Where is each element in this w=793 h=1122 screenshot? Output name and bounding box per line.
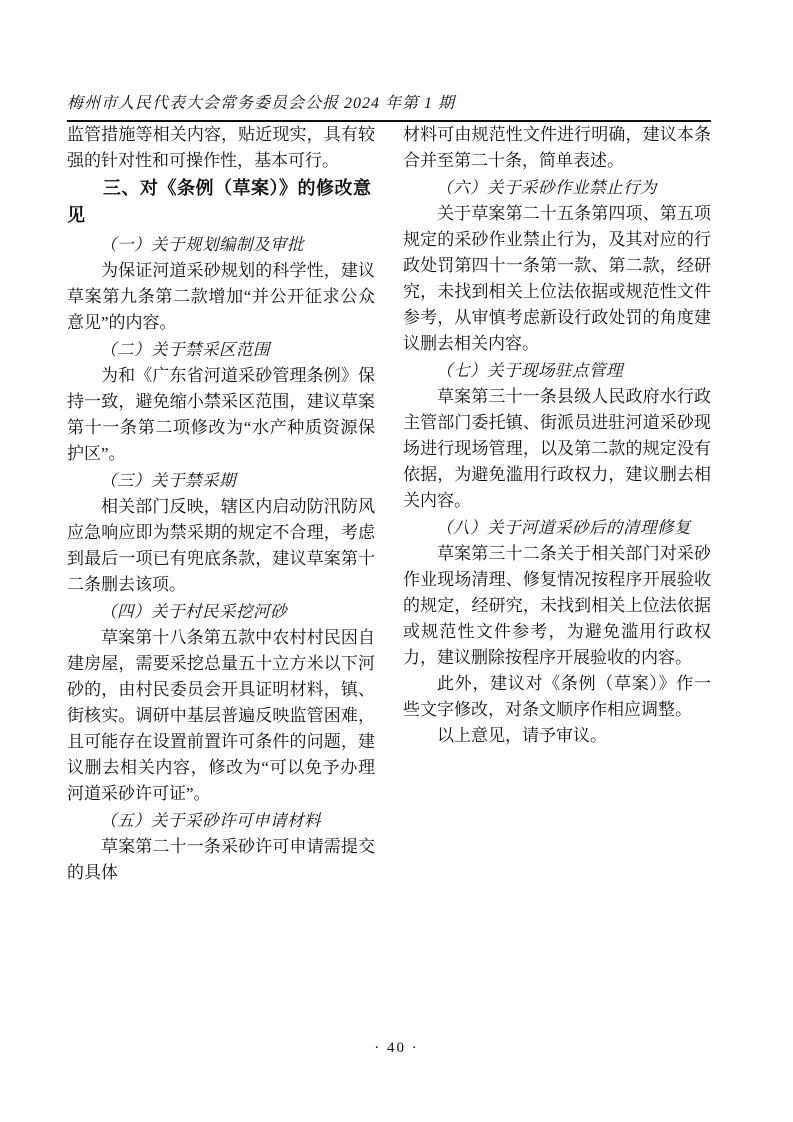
paragraph: 为和《广东省河道采砂管理条例》保持一致，避免缩小禁采区范围，建议草案第十一条第二… bbox=[67, 363, 375, 467]
subsection-heading: （四）关于村民采挖河砂 bbox=[67, 598, 375, 625]
paragraph: 此外，建议对《条例（草案）》作一些文字修改，对条文顺序作相应调整。 bbox=[403, 671, 711, 723]
subsection-heading: （七）关于现场驻点管理 bbox=[403, 357, 711, 384]
running-header: 梅州市人民代表大会常务委员会公报 2024 年第 1 期 bbox=[67, 90, 711, 122]
paragraph: 监管措施等相关内容，贴近现实，具有较强的针对性和可操作性，基本可行。 bbox=[67, 122, 375, 174]
subsection-heading: （二）关于禁采区范围 bbox=[67, 336, 375, 363]
page-number: · 40 · bbox=[0, 1040, 793, 1057]
column-left: 监管措施等相关内容，贴近现实，具有较强的针对性和可操作性，基本可行。三、对《条例… bbox=[67, 122, 375, 886]
paragraph: 草案第二十一条采砂许可申请需提交的具体 bbox=[67, 834, 375, 886]
paragraph: 相关部门反映，辖区内启动防汛防风应急响应即为禁采期的规定不合理，考虑到最后一项已… bbox=[67, 494, 375, 598]
subsection-heading: （五）关于采砂许可申请材料 bbox=[67, 807, 375, 834]
paragraph: 关于草案第二十五条第四项、第五项规定的采砂作业禁止行为，及其对应的行政处罚第四十… bbox=[403, 201, 711, 357]
subsection-heading: （一）关于规划编制及审批 bbox=[67, 231, 375, 258]
paragraph: 草案第三十一条县级人民政府水行政主管部门委托镇、街派员进驻河道采砂现场进行现场管… bbox=[403, 384, 711, 514]
subsection-heading: （三）关于禁采期 bbox=[67, 467, 375, 494]
subsection-heading: （八）关于河道采砂后的清理修复 bbox=[403, 514, 711, 541]
section-heading: 三、对《条例（草案）》的修改意见 bbox=[67, 175, 375, 229]
paragraph: 材料可由规范性文件进行明确，建议本条合并至第二十条，简单表述。 bbox=[403, 122, 711, 174]
paragraph: 草案第十八条第五款中农村村民因自建房屋，需要采挖总量五十立方米以下河砂的，由村民… bbox=[67, 625, 375, 807]
page-content: 监管措施等相关内容，贴近现实，具有较强的针对性和可操作性，基本可行。三、对《条例… bbox=[67, 122, 711, 886]
column-right: 材料可由规范性文件进行明确，建议本条合并至第二十条，简单表述。（六）关于采砂作业… bbox=[403, 122, 711, 886]
paragraph: 以上意见，请予审议。 bbox=[403, 723, 711, 749]
subsection-heading: （六）关于采砂作业禁止行为 bbox=[403, 174, 711, 201]
paragraph: 为保证河道采砂规划的科学性，建议草案第九条第二款增加“并公开征求公众意见”的内容… bbox=[67, 258, 375, 336]
paragraph: 草案第三十二条关于相关部门对采砂作业现场清理、修复情况按程序开展验收的规定，经研… bbox=[403, 541, 711, 671]
document-page: 梅州市人民代表大会常务委员会公报 2024 年第 1 期 监管措施等相关内容，贴… bbox=[0, 0, 793, 1122]
